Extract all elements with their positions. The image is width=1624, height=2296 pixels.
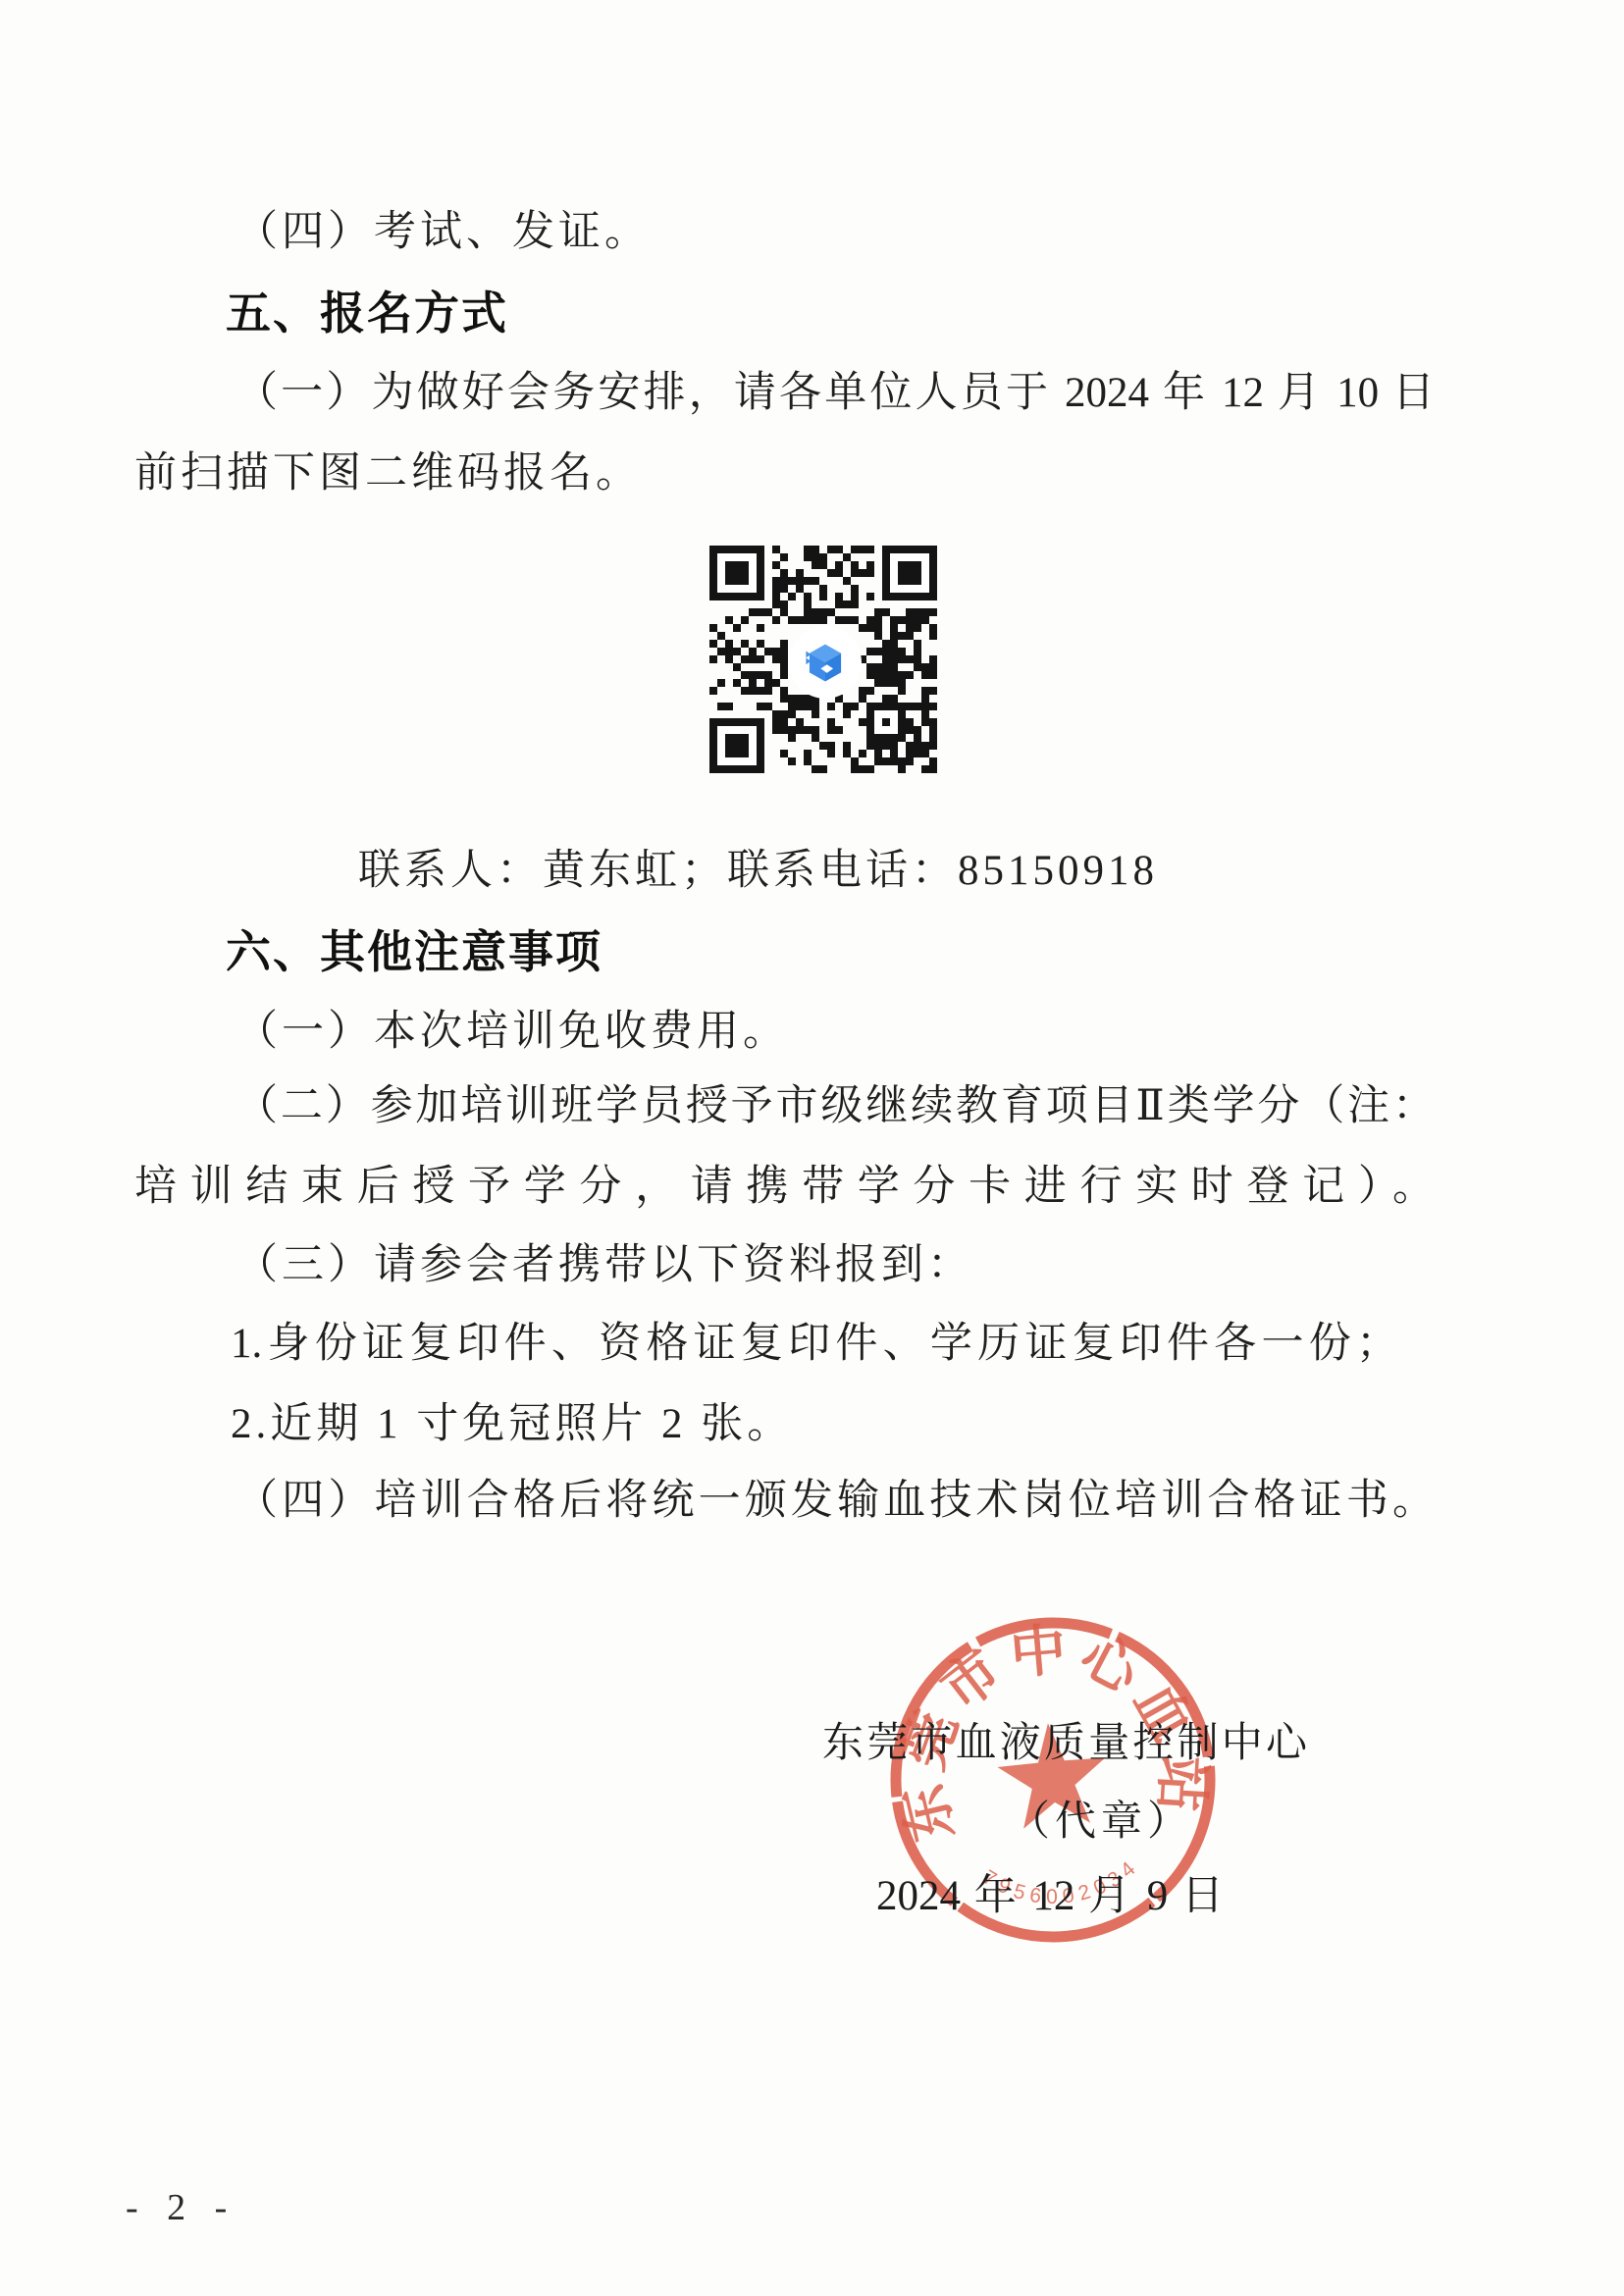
line-6-3: （三）请参会者携带以下资料报到： <box>236 1236 973 1295</box>
signature-date: 2024 年 12 月 9 日 <box>876 1868 1224 1925</box>
document-page: （四）考试、发证。 五、报名方式 （一）为做好会务安排，请各单位人员于 2024… <box>0 0 1624 2296</box>
page-number: - 2 - <box>126 2186 236 2229</box>
line-6-1: （一）本次培训免收费用。 <box>236 1003 789 1062</box>
line-6-3-item1: 1.身份证复印件、资格证复印件、学历证复印件各一份； <box>231 1315 1398 1374</box>
line-6-2b: 培训结束后授予学分，请携带学分卡进行实时登记）。 <box>134 1158 1435 1217</box>
line-exam-certificate: （四）考试、发证。 <box>236 203 651 262</box>
cube-logo-icon <box>803 640 848 685</box>
heading-section-6: 六、其他注意事项 <box>226 921 602 982</box>
line-5-1a: （一）为做好会务安排，请各单位人员于 2024 年 12 月 10 日 <box>236 364 1435 423</box>
line-6-4: （四）培训合格后将统一颁发输血技术岗位培训合格证书。 <box>236 1472 1435 1531</box>
line-6-2a: （二）参加培训班学员授予市级继续教育项目Ⅱ类学分（注： <box>236 1077 1435 1136</box>
signature-on-behalf-note: （代章） <box>1009 1794 1193 1851</box>
signature-organization: 东莞市血液质量控制中心 <box>822 1715 1307 1772</box>
line-5-1b: 前扫描下图二维码报名。 <box>134 444 642 503</box>
registration-qr-code <box>709 546 941 785</box>
contact-line: 联系人：黄东虹；联系电话：85150918 <box>358 842 1158 901</box>
qr-center-logo <box>789 626 862 699</box>
heading-section-5: 五、报名方式 <box>226 283 508 343</box>
line-6-3-item2: 2.近期 1 寸免冠照片 2 张。 <box>231 1395 793 1454</box>
